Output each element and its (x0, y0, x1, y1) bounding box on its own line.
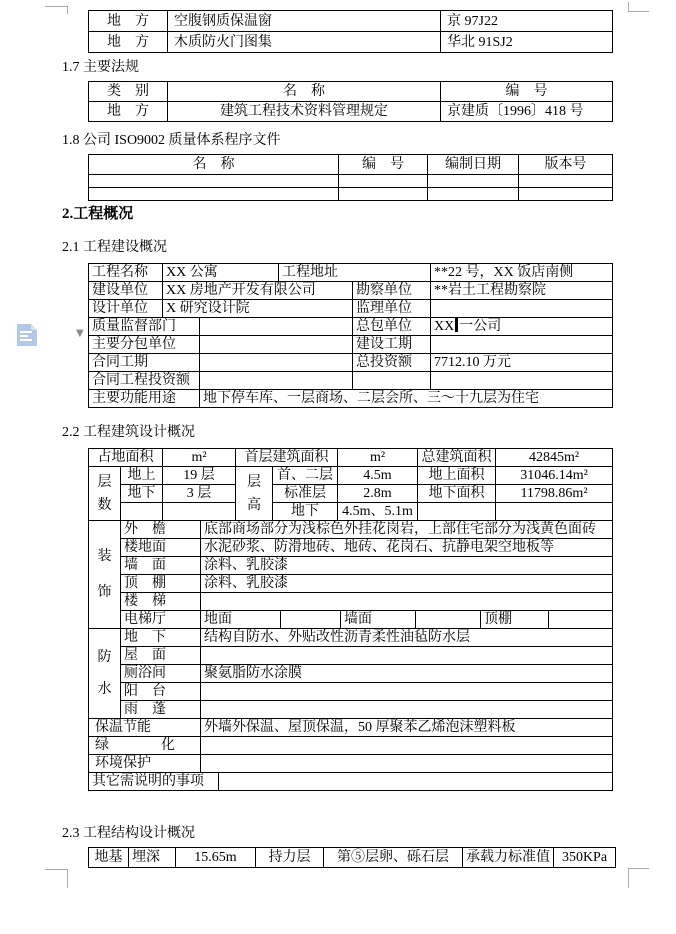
table-row: 地 方 空腹钢质保温窗 京 97J22 (89, 11, 613, 32)
heading-iso-procedures: 1.8 公司 ISO9002 质量体系程序文件 (62, 132, 281, 150)
lift-ceiling-label: 顶棚 (481, 611, 549, 629)
above-ground-area-label: 地上面积 (418, 467, 496, 485)
subcontractors-value (200, 336, 353, 354)
bearing-capacity-label: 承载力标准值 (463, 848, 554, 868)
heading-structural-design: 2.3 工程结构设计概况 (62, 825, 195, 843)
table-row: 占地面积 m² 首层建筑面积 m² 总建筑面积 42845m² (89, 449, 613, 467)
table-row: 地 方 木质防火门图集 华北 91SJ2 (89, 32, 613, 53)
below-ground-floors: 3 层 (163, 485, 236, 503)
atlas-code: 华北 91SJ2 (441, 32, 613, 53)
storey-basement-value: 4.5m、5.1m (338, 503, 418, 521)
table-row: 主要分包单位 建设工期 (89, 336, 613, 354)
insulation-value: 外墙外保温、屋顶保温，50 厚聚苯乙烯泡沫塑料板 (201, 719, 613, 737)
above-ground-floors: 19 层 (163, 467, 236, 485)
main-function-label: 主要功能用途 (89, 390, 200, 408)
empty-cell (431, 372, 613, 390)
total-area-value: 42845m² (496, 449, 613, 467)
waterproof-band: 防水 地 下 结构自防水、外贴改性沥青柔性油毡防水层 屋 面 厕浴间 聚氨脂防水… (88, 628, 613, 719)
empty-cell (428, 188, 519, 201)
value-text: 一公司 (459, 319, 501, 334)
empty-cell (418, 503, 496, 521)
table-row: 电梯厅 地面 墙面 顶棚 (89, 611, 613, 629)
iso-header-version: 版本号 (519, 155, 613, 175)
laws-header-name: 名 称 (168, 82, 441, 102)
text-boundary-mark-bottom-left (45, 869, 68, 888)
table-row: 阳 台 (89, 683, 613, 701)
contract-investment-label: 合同工程投资额 (89, 372, 200, 390)
table-header-row: 名 称 编 号 编制日期 版本号 (89, 155, 613, 175)
design-unit-label: 设计单位 (89, 300, 163, 318)
eaves-label: 外 檐 (121, 521, 201, 539)
architectural-design-table: 占地面积 m² 首层建筑面积 m² 总建筑面积 42845m² 层数 地上 19… (88, 448, 613, 791)
table-row: 环境保护 (89, 755, 613, 773)
first-floor-area-unit: m² (338, 449, 418, 467)
bearing-stratum-label: 持力层 (256, 848, 324, 868)
contract-period-label: 合同工期 (89, 354, 200, 372)
empty-cell (281, 611, 341, 629)
main-function-value: 地下停车库、一层商场、二层会所、三～十九层为住宅 (200, 390, 613, 408)
atlas-name: 空腹钢质保温窗 (168, 11, 441, 32)
project-name-label: 工程名称 (89, 264, 163, 282)
table-row: 其它需说明的事项 (89, 773, 613, 791)
stairs-label: 楼 梯 (121, 593, 201, 611)
project-address-value: **22 号，XX 饭店南侧 (431, 264, 613, 282)
text-boundary-mark-top-left (45, 6, 68, 14)
quality-dept-label: 质量监督部门 (89, 318, 200, 336)
decoration-band: 装饰 外 檐 底部商场部分为浅棕色外挂花岗岩，上部住宅部分为浅黄色面砖 楼地面 … (88, 520, 613, 629)
dropdown-arrow-icon[interactable]: ▼ (76, 328, 84, 339)
construction-unit-value: XX 房地产开发有限公司 (163, 282, 353, 300)
basement-label: 地 下 (121, 629, 201, 647)
table-row: 保温节能 外墙外保温、屋顶保温，50 厚聚苯乙烯泡沫塑料板 (89, 719, 613, 737)
roof-label: 屋 面 (121, 647, 201, 665)
decoration-group-label: 装饰 (89, 521, 121, 629)
empty-cell (89, 175, 339, 188)
foundation-label: 地基 (89, 848, 129, 868)
heading-main-laws: 1.7 主要法规 (62, 59, 139, 77)
atlas-category: 地 方 (89, 11, 168, 32)
iso-header-code: 编 号 (339, 155, 428, 175)
lift-lobby-label: 电梯厅 (121, 611, 201, 629)
table-header-row: 类 别 名 称 编 号 (89, 82, 613, 102)
empty-cell (428, 175, 519, 188)
table-row: 地下 4.5m、5.1m (89, 503, 613, 521)
lift-floor-label: 地面 (201, 611, 281, 629)
table-row: 楼 梯 (89, 593, 613, 611)
table-row: 楼地面 水泥砂浆、防滑地砖、地砖、花岗石、抗静电架空地板等 (89, 539, 613, 557)
heading-project-overview: 2.工程概况 (62, 205, 133, 223)
misc-band: 保温节能 外墙外保温、屋顶保温，50 厚聚苯乙烯泡沫塑料板 绿 化 环境保护 其… (88, 718, 613, 791)
storey-first-second-label: 首、二层 (273, 467, 338, 485)
general-contractor-value: XX一公司 (431, 318, 613, 336)
table-row: 主要功能用途 地下停车库、一层商场、二层会所、三～十九层为住宅 (89, 390, 613, 408)
table-row: 合同工程投资额 (89, 372, 613, 390)
table-row: 合同工期 总投资额 7712.10 万元 (89, 354, 613, 372)
basement-value: 结构自防水、外贴改性沥青柔性油毡防水层 (201, 629, 613, 647)
table-row: 建设单位 XX 房地产开发有限公司 勘察单位 **岩土工程勘察院 (89, 282, 613, 300)
table-row: 装饰 外 檐 底部商场部分为浅棕色外挂花岗岩，上部住宅部分为浅黄色面砖 (89, 521, 613, 539)
table-row: 层数 地上 19 层 层高 首、二层 4.5m 地上面积 31046.14m² (89, 467, 613, 485)
empty-cell (519, 188, 613, 201)
roof-value (201, 647, 613, 665)
below-ground-label: 地下 (121, 485, 163, 503)
balcony-value (201, 683, 613, 701)
document-icon[interactable] (14, 322, 40, 348)
supervision-unit-value (431, 300, 613, 318)
site-area-unit: m² (163, 449, 236, 467)
table-row: 地下 3 层 标准层 2.8m 地下面积 11798.86m² (89, 485, 613, 503)
site-area-label: 占地面积 (89, 449, 163, 467)
canopy-value (201, 701, 613, 719)
other-notes-label: 其它需说明的事项 (89, 773, 219, 791)
table-row: 顶 棚 涂料、乳胶漆 (89, 575, 613, 593)
structural-design-table: 地基 埋深 15.65m 持力层 第⑤层卵、砾石层 承载力标准值 350KPa (88, 847, 616, 868)
lift-wall-label: 墙面 (341, 611, 416, 629)
table-row: 质量监督部门 总包单位 XX一公司 (89, 318, 613, 336)
table-row: 墙 面 涂料、乳胶漆 (89, 557, 613, 575)
table-row: 绿 化 (89, 737, 613, 755)
atlas-category: 地 方 (89, 32, 168, 53)
text-boundary-mark-bottom-right (628, 868, 649, 888)
greening-value (201, 737, 613, 755)
table-row: 雨 蓬 (89, 701, 613, 719)
areas-floors-band: 占地面积 m² 首层建筑面积 m² 总建筑面积 42845m² 层数 地上 19… (88, 448, 613, 521)
project-name-value: XX 公寓 (163, 264, 279, 282)
other-notes-value (219, 773, 613, 791)
canopy-label: 雨 蓬 (121, 701, 201, 719)
iso-header-date: 编制日期 (428, 155, 519, 175)
atlas-table: 地 方 空腹钢质保温窗 京 97J22 地 方 木质防火门图集 华北 91SJ2 (88, 10, 613, 53)
laws-category: 地 方 (89, 102, 168, 122)
table-row: 屋 面 (89, 647, 613, 665)
bathroom-value: 聚氨脂防水涂膜 (201, 665, 613, 683)
waterproof-group-label: 防水 (89, 629, 121, 719)
empty-cell (353, 372, 431, 390)
table-row: 厕浴间 聚氨脂防水涂膜 (89, 665, 613, 683)
table-row (89, 175, 613, 188)
embedment-depth-label: 埋深 (129, 848, 176, 868)
wall-value: 涂料、乳胶漆 (201, 557, 613, 575)
heading-architectural-design: 2.2 工程建筑设计概况 (62, 424, 195, 442)
empty-cell (416, 611, 481, 629)
storey-height-group-label: 层高 (236, 467, 273, 521)
construction-period-value (431, 336, 613, 354)
survey-unit-value: **岩土工程勘察院 (431, 282, 613, 300)
table-row: 地 方 建筑工程技术资料管理规定 京建质〔1996〕418 号 (89, 102, 613, 122)
empty-cell (89, 188, 339, 201)
ceiling-label: 顶 棚 (121, 575, 201, 593)
bearing-stratum-value: 第⑤层卵、砾石层 (324, 848, 463, 868)
below-ground-area-value: 11798.86m² (496, 485, 613, 503)
empty-cell (496, 503, 613, 521)
environment-value (201, 755, 613, 773)
empty-cell (163, 503, 236, 521)
insulation-label: 保温节能 (89, 719, 201, 737)
laws-header-category: 类 别 (89, 82, 168, 102)
iso-procedures-table: 名 称 编 号 编制日期 版本号 (88, 154, 613, 201)
floor-surface-value: 水泥砂浆、防滑地砖、地砖、花岗石、抗静电架空地板等 (201, 539, 613, 557)
document-page: ▼ 地 方 空腹钢质保温窗 京 97J22 地 方 木质防火门图集 华北 91S… (0, 0, 676, 934)
project-address-label: 工程地址 (279, 264, 431, 282)
quality-dept-value (200, 318, 353, 336)
total-investment-value: 7712.10 万元 (431, 354, 613, 372)
laws-name: 建筑工程技术资料管理规定 (168, 102, 441, 122)
laws-code: 京建质〔1996〕418 号 (441, 102, 613, 122)
iso-header-name: 名 称 (89, 155, 339, 175)
laws-header-code: 编 号 (441, 82, 613, 102)
table-row: 地基 埋深 15.65m 持力层 第⑤层卵、砾石层 承载力标准值 350KPa (89, 848, 616, 868)
value-text: XX (434, 319, 454, 334)
contract-period-value (200, 354, 353, 372)
design-unit-value: X 研究设计院 (163, 300, 353, 318)
total-investment-label: 总投资额 (353, 354, 431, 372)
heading-construction-overview: 2.1 工程建设概况 (62, 239, 167, 257)
bearing-capacity-value: 350KPa (554, 848, 616, 868)
table-row: 防水 地 下 结构自防水、外贴改性沥青柔性油毡防水层 (89, 629, 613, 647)
floors-group-label: 层数 (89, 467, 121, 521)
empty-cell (339, 188, 428, 201)
floor-surface-label: 楼地面 (121, 539, 201, 557)
laws-table: 类 别 名 称 编 号 地 方 建筑工程技术资料管理规定 京建质〔1996〕41… (88, 81, 613, 122)
ceiling-value: 涂料、乳胶漆 (201, 575, 613, 593)
greening-label: 绿 化 (89, 737, 201, 755)
total-area-label: 总建筑面积 (418, 449, 496, 467)
first-floor-area-label: 首层建筑面积 (236, 449, 338, 467)
storey-first-second-value: 4.5m (338, 467, 418, 485)
atlas-name: 木质防火门图集 (168, 32, 441, 53)
stairs-value (201, 593, 613, 611)
storey-standard-value: 2.8m (338, 485, 418, 503)
below-ground-area-label: 地下面积 (418, 485, 496, 503)
bathroom-label: 厕浴间 (121, 665, 201, 683)
survey-unit-label: 勘察单位 (353, 282, 431, 300)
table-row (89, 188, 613, 201)
environment-label: 环境保护 (89, 755, 201, 773)
contract-investment-value (200, 372, 353, 390)
above-ground-area-value: 31046.14m² (496, 467, 613, 485)
general-contractor-label: 总包单位 (353, 318, 431, 336)
atlas-code: 京 97J22 (441, 11, 613, 32)
empty-cell (519, 175, 613, 188)
wall-label: 墙 面 (121, 557, 201, 575)
storey-standard-label: 标准层 (273, 485, 338, 503)
balcony-label: 阳 台 (121, 683, 201, 701)
text-boundary-mark-top-right (628, 2, 649, 12)
empty-cell (339, 175, 428, 188)
supervision-unit-label: 监理单位 (353, 300, 431, 318)
table-row: 设计单位 X 研究设计院 监理单位 (89, 300, 613, 318)
project-overview-table: 工程名称 XX 公寓 工程地址 **22 号，XX 饭店南侧 建设单位 XX 房… (88, 263, 613, 408)
empty-cell (549, 611, 613, 629)
text-cursor (455, 318, 458, 332)
construction-unit-label: 建设单位 (89, 282, 163, 300)
storey-basement-label: 地下 (273, 503, 338, 521)
above-ground-label: 地上 (121, 467, 163, 485)
table-row: 工程名称 XX 公寓 工程地址 **22 号，XX 饭店南侧 (89, 264, 613, 282)
empty-cell (121, 503, 163, 521)
eaves-value: 底部商场部分为浅棕色外挂花岗岩，上部住宅部分为浅黄色面砖 (201, 521, 613, 539)
subcontractors-label: 主要分包单位 (89, 336, 200, 354)
embedment-depth-value: 15.65m (176, 848, 256, 868)
construction-period-label: 建设工期 (353, 336, 431, 354)
